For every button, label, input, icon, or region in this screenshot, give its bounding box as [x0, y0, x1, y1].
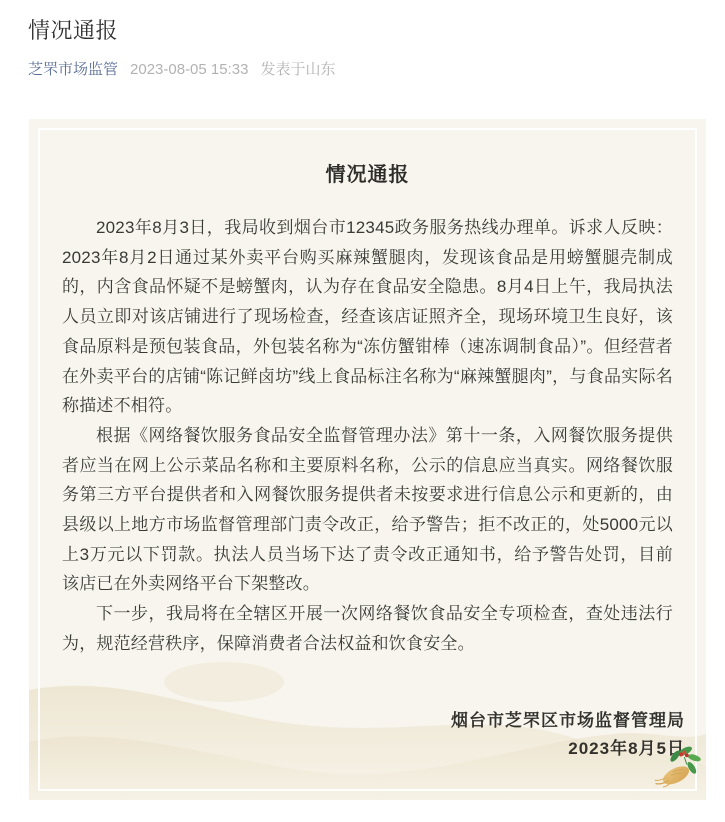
publish-timestamp: 2023-08-05 15:33 — [130, 60, 248, 80]
notice-title: 情况通报 — [62, 161, 673, 189]
notice-paragraph: 根据《网络餐饮服务食品安全监督管理办法》第十一条，入网餐饮服务提供者应当在网上公… — [62, 421, 673, 599]
notice-paragraph: 下一步，我局将在全辖区开展一次网络餐饮食品安全专项检查，查处违法行为，规范经营秩… — [62, 599, 673, 658]
notice-card: 情况通报 2023年8月3日，我局收到烟台市12345政务服务热线办理单。诉求人… — [29, 119, 706, 800]
article-page: 情况通报 芝罘市场监管 2023-08-05 15:33 发表于山东 — [0, 0, 725, 822]
notice-body: 2023年8月3日，我局收到烟台市12345政务服务热线办理单。诉求人反映：20… — [62, 213, 673, 659]
signature-org: 烟台市芝罘区市场监督管理局 — [62, 707, 685, 735]
publish-location: 发表于山东 — [260, 60, 335, 80]
account-name-link[interactable]: 芝罘市场监管 — [28, 60, 118, 80]
notice-paragraph: 2023年8月3日，我局收到烟台市12345政务服务热线办理单。诉求人反映：20… — [62, 213, 673, 421]
ginseng-icon — [651, 741, 701, 793]
signature-block: 烟台市芝罘区市场监督管理局 2023年8月5日 — [62, 707, 685, 763]
notice-content: 情况通报 2023年8月3日，我局收到烟台市12345政务服务热线办理单。诉求人… — [29, 119, 706, 763]
signature-date: 2023年8月5日 — [62, 735, 685, 763]
byline: 芝罘市场监管 2023-08-05 15:33 发表于山东 — [0, 46, 725, 80]
page-title: 情况通报 — [0, 0, 725, 46]
